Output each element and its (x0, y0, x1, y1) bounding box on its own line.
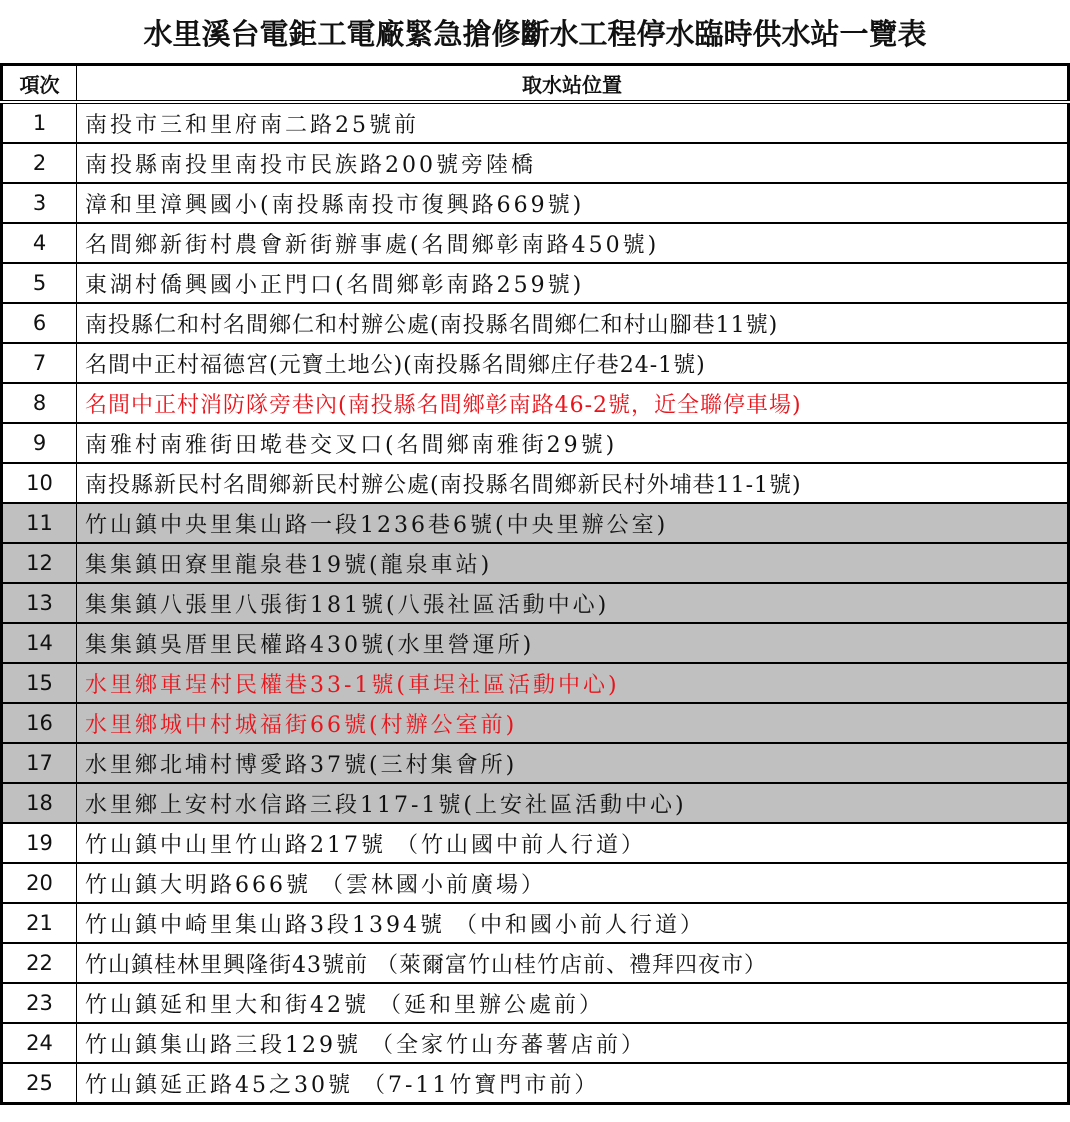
table-header-row: 項次 取水站位置 (2, 65, 1069, 103)
table-row: 19竹山鎮中山里竹山路217號 （竹山國中前人行道） (2, 823, 1069, 863)
row-location: 集集鎮田寮里龍泉巷19號(龍泉車站) (77, 543, 1069, 583)
row-location: 集集鎮八張里八張街181號(八張社區活動中心) (77, 583, 1069, 623)
row-number: 19 (2, 823, 77, 863)
row-location: 竹山鎮中崎里集山路3段1394號 （中和國小前人行道） (77, 903, 1069, 943)
table-row: 15水里鄉車埕村民權巷33-1號(車埕社區活動中心) (2, 663, 1069, 703)
row-number: 20 (2, 863, 77, 903)
water-station-table-container: 項次 取水站位置 1南投市三和里府南二路25號前 2南投縣南投里南投市民族路20… (0, 63, 1067, 1105)
table-row: 23竹山鎮延和里大和街42號 （延和里辦公處前） (2, 983, 1069, 1023)
row-location: 南雅村南雅街田墘巷交叉口(名間鄉南雅街29號) (77, 423, 1069, 463)
row-location: 東湖村僑興國小正門口(名間鄉彰南路259號) (77, 263, 1069, 303)
row-number: 12 (2, 543, 77, 583)
row-location: 竹山鎮桂林里興隆街43號前 （萊爾富竹山桂竹店前、禮拜四夜市） (77, 943, 1069, 983)
row-number: 11 (2, 503, 77, 543)
row-location: 水里鄉車埕村民權巷33-1號(車埕社區活動中心) (77, 663, 1069, 703)
table-row: 10南投縣新民村名間鄉新民村辦公處(南投縣名間鄉新民村外埔巷11-1號) (2, 463, 1069, 503)
row-number: 9 (2, 423, 77, 463)
row-location: 南投市三和里府南二路25號前 (77, 102, 1069, 143)
table-row: 24竹山鎮集山路三段129號 （全家竹山夯蕃薯店前） (2, 1023, 1069, 1063)
table-row: 11竹山鎮中央里集山路一段1236巷6號(中央里辦公室) (2, 503, 1069, 543)
row-location: 名間中正村福德宮(元寶土地公)(南投縣名間鄉庄仔巷24-1號) (77, 343, 1069, 383)
table-row: 1南投市三和里府南二路25號前 (2, 102, 1069, 143)
row-location: 南投縣新民村名間鄉新民村辦公處(南投縣名間鄉新民村外埔巷11-1號) (77, 463, 1069, 503)
row-number: 1 (2, 102, 77, 143)
row-number: 6 (2, 303, 77, 343)
column-header-location: 取水站位置 (77, 65, 1069, 103)
row-location: 竹山鎮延和里大和街42號 （延和里辦公處前） (77, 983, 1069, 1023)
row-location: 名間中正村消防隊旁巷內(南投縣名間鄉彰南路46-2號，近全聯停車場) (77, 383, 1069, 423)
row-location: 竹山鎮中山里竹山路217號 （竹山國中前人行道） (77, 823, 1069, 863)
water-station-table: 項次 取水站位置 1南投市三和里府南二路25號前 2南投縣南投里南投市民族路20… (0, 63, 1070, 1105)
table-row: 7名間中正村福德宮(元寶土地公)(南投縣名間鄉庄仔巷24-1號) (2, 343, 1069, 383)
row-location: 竹山鎮集山路三段129號 （全家竹山夯蕃薯店前） (77, 1023, 1069, 1063)
row-number: 23 (2, 983, 77, 1023)
table-row: 14集集鎮吳厝里民權路430號(水里營運所) (2, 623, 1069, 663)
table-row: 12集集鎮田寮里龍泉巷19號(龍泉車站) (2, 543, 1069, 583)
row-number: 13 (2, 583, 77, 623)
table-row: 13集集鎮八張里八張街181號(八張社區活動中心) (2, 583, 1069, 623)
table-row: 8名間中正村消防隊旁巷內(南投縣名間鄉彰南路46-2號，近全聯停車場) (2, 383, 1069, 423)
row-number: 15 (2, 663, 77, 703)
row-number: 5 (2, 263, 77, 303)
table-row: 16水里鄉城中村城福街66號(村辦公室前) (2, 703, 1069, 743)
table-row: 21竹山鎮中崎里集山路3段1394號 （中和國小前人行道） (2, 903, 1069, 943)
table-row: 4名間鄉新街村農會新街辦事處(名間鄉彰南路450號) (2, 223, 1069, 263)
table-body: 1南投市三和里府南二路25號前 2南投縣南投里南投市民族路200號旁陸橋 3漳和… (2, 102, 1069, 1104)
table-row: 3漳和里漳興國小(南投縣南投市復興路669號) (2, 183, 1069, 223)
row-location: 水里鄉北埔村博愛路37號(三村集會所) (77, 743, 1069, 783)
row-location: 竹山鎮中央里集山路一段1236巷6號(中央里辦公室) (77, 503, 1069, 543)
row-number: 18 (2, 783, 77, 823)
table-row: 25竹山鎮延正路45之30號 （7-11竹寶門市前） (2, 1063, 1069, 1104)
table-row: 22竹山鎮桂林里興隆街43號前 （萊爾富竹山桂竹店前、禮拜四夜市） (2, 943, 1069, 983)
row-location: 竹山鎮大明路666號 （雲林國小前廣場） (77, 863, 1069, 903)
row-number: 2 (2, 143, 77, 183)
row-number: 7 (2, 343, 77, 383)
row-location: 南投縣仁和村名間鄉仁和村辦公處(南投縣名間鄉仁和村山腳巷11號) (77, 303, 1069, 343)
table-row: 20竹山鎮大明路666號 （雲林國小前廣場） (2, 863, 1069, 903)
row-location: 名間鄉新街村農會新街辦事處(名間鄉彰南路450號) (77, 223, 1069, 263)
row-number: 24 (2, 1023, 77, 1063)
page-title: 水里溪台電鉅工電廠緊急搶修斷水工程停水臨時供水站一覽表 (0, 14, 1070, 54)
table-row: 18水里鄉上安村水信路三段117-1號(上安社區活動中心) (2, 783, 1069, 823)
row-location: 南投縣南投里南投市民族路200號旁陸橋 (77, 143, 1069, 183)
row-location: 水里鄉城中村城福街66號(村辦公室前) (77, 703, 1069, 743)
row-number: 4 (2, 223, 77, 263)
row-location: 漳和里漳興國小(南投縣南投市復興路669號) (77, 183, 1069, 223)
row-location: 集集鎮吳厝里民權路430號(水里營運所) (77, 623, 1069, 663)
table-row: 17水里鄉北埔村博愛路37號(三村集會所) (2, 743, 1069, 783)
table-row: 9南雅村南雅街田墘巷交叉口(名間鄉南雅街29號) (2, 423, 1069, 463)
row-number: 17 (2, 743, 77, 783)
row-number: 3 (2, 183, 77, 223)
row-number: 25 (2, 1063, 77, 1104)
row-number: 16 (2, 703, 77, 743)
table-row: 6南投縣仁和村名間鄉仁和村辦公處(南投縣名間鄉仁和村山腳巷11號) (2, 303, 1069, 343)
table-row: 5東湖村僑興國小正門口(名間鄉彰南路259號) (2, 263, 1069, 303)
row-location: 水里鄉上安村水信路三段117-1號(上安社區活動中心) (77, 783, 1069, 823)
column-header-no: 項次 (2, 65, 77, 103)
row-number: 14 (2, 623, 77, 663)
row-location: 竹山鎮延正路45之30號 （7-11竹寶門市前） (77, 1063, 1069, 1104)
row-number: 10 (2, 463, 77, 503)
row-number: 21 (2, 903, 77, 943)
row-number: 8 (2, 383, 77, 423)
table-row: 2南投縣南投里南投市民族路200號旁陸橋 (2, 143, 1069, 183)
row-number: 22 (2, 943, 77, 983)
